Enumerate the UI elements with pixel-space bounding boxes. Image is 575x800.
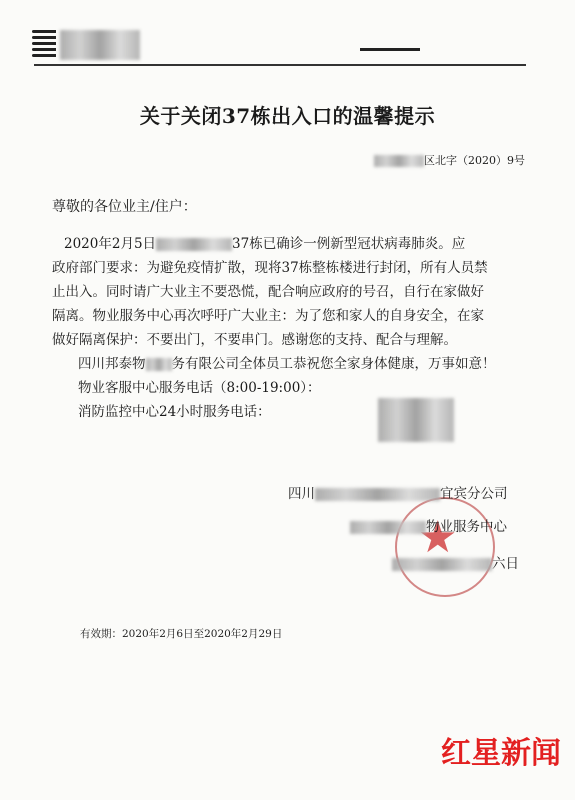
phone-redacted [378,398,454,442]
body-line-3: 止出入。同时请广大业主不要恐慌，配合响应政府的号召，自行在家做好 [52,280,488,304]
document-number: 区北字（2020）9号 [374,152,525,168]
body-line-1: 2020年2月5日37栋已确诊一例新型冠状病毒肺炎。应 [64,232,488,256]
company-name-redacted [60,30,140,60]
wishes-line: 四川邦泰物务有限公司全体员工恭祝您全家身体健康，万事如意！ [78,352,488,376]
phone-service: 物业客服中心服务电话（8:00-19:00）： [78,376,488,400]
body-line-5: 做好隔离保护：不要出门，不要串门。感谢您的支持、配合与理解。 [52,328,488,352]
header-divider [34,64,526,66]
page-title: 关于关闭37栋出入口的温馨提示 [0,100,575,129]
building-logo-icon [32,28,56,62]
body-line-2: 政府部门要求：为避免疫情扩散，现将37栋整栋楼进行封闭，所有人员禁 [52,256,488,280]
signature-center: 物业服务中心 [350,515,507,539]
greeting: 尊敬的各位业主/住户： [52,196,197,216]
signature-date: 六日 [392,552,519,576]
body-line-4: 隔离。物业服务中心再次呼吁广大业主：为了您和家人的自身安全，在家 [52,304,488,328]
signature-company: 四川宜宾分公司 [288,482,508,506]
notice-body: 2020年2月5日37栋已确诊一例新型冠状病毒肺炎。应 政府部门要求：为避免疫情… [64,232,488,424]
header-mark [360,48,420,51]
watermark-logo: 红星新闻 [441,728,561,772]
validity-period: 有效期：2020年2月6日至2020年2月29日 [80,626,282,641]
